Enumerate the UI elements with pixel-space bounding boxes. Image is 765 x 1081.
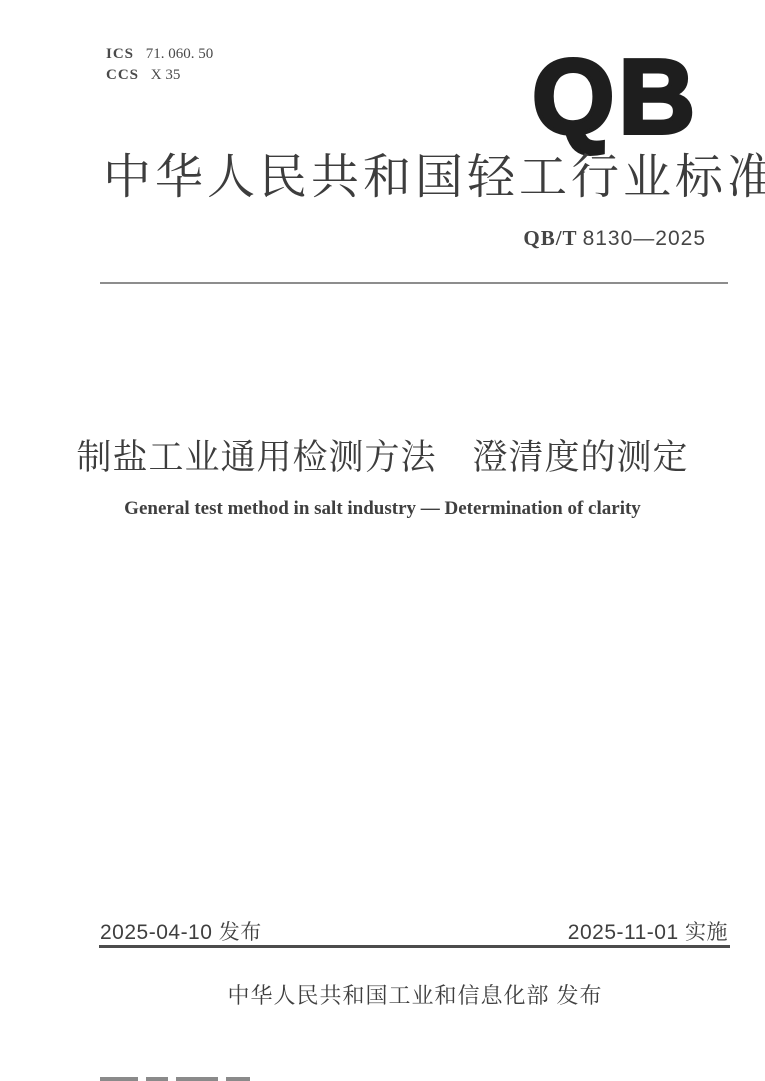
page-edge-artifact [176, 1077, 218, 1081]
header-divider-rule [100, 282, 728, 284]
ccs-label: CCS [106, 67, 139, 83]
page-edge-artifact [146, 1077, 168, 1081]
standard-series-name: 中华人民共和国轻工行业标准 [103, 152, 743, 204]
implementation-date: 2025-11-01 实施 [568, 916, 728, 946]
page-edge-artifact [100, 1077, 138, 1081]
document-title-english: General test method in salt industry — D… [0, 498, 765, 520]
ics-value: 71. 060. 50 [146, 46, 214, 62]
standard-number-value: 8130—2025 [583, 227, 706, 250]
standard-number: QB/T8130—2025 [523, 226, 706, 251]
classification-block: ICS 71. 060. 50 CCS X 35 [106, 44, 213, 86]
ics-line: ICS 71. 060. 50 [106, 44, 213, 65]
qb-logo: QB [532, 44, 699, 150]
ccs-line: CCS X 35 [106, 65, 213, 86]
issue-date: 2025-04-10 发布 [100, 916, 262, 946]
standard-cover-page: ICS 71. 060. 50 CCS X 35 QB 中华人民共和国轻工行业标… [0, 0, 765, 1081]
publisher-line: 中华人民共和国工业和信息化部 发布 [227, 979, 602, 1010]
standard-number-prefix: QB/T [523, 226, 577, 250]
document-title-chinese: 制盐工业通用检测方法 澄清度的测定 [0, 430, 765, 480]
ics-label: ICS [106, 46, 134, 62]
ccs-value: X 35 [151, 67, 181, 83]
page-edge-artifact [226, 1077, 250, 1081]
footer-divider-rule [99, 945, 730, 948]
